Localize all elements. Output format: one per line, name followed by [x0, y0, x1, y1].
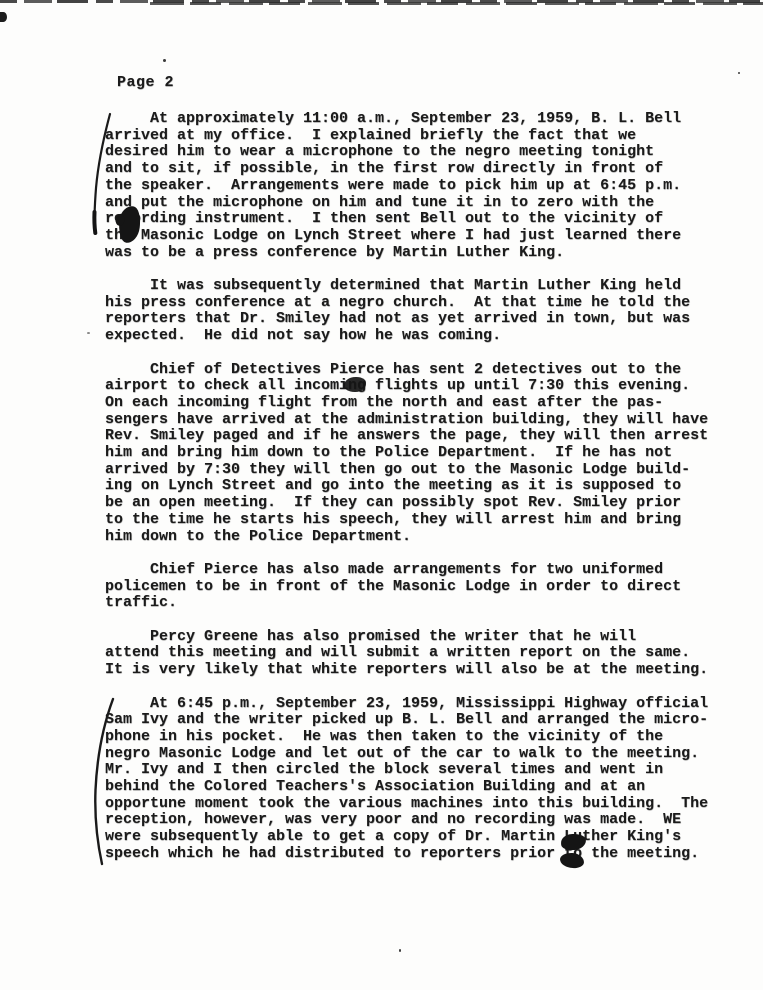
- scan-speck: [87, 332, 90, 334]
- ink-blot: [344, 377, 366, 392]
- scan-speck: [738, 72, 740, 74]
- scan-edge-artifact: [150, 2, 763, 5]
- document-body: At approximately 11:00 a.m., September 2…: [105, 111, 745, 879]
- scan-speck: [399, 949, 401, 952]
- page-number: Page 2: [117, 74, 174, 91]
- paragraph-airport-detectives: Chief of Detectives Pierce has sent 2 de…: [105, 362, 745, 546]
- paragraph-bell-microphone: At approximately 11:00 a.m., September 2…: [105, 111, 745, 261]
- scan-speck: [163, 59, 166, 62]
- document-page: Page 2 At approximately 11:00 a.m., Sept…: [0, 0, 763, 990]
- paragraph-percy-greene: Percy Greene has also promised the write…: [105, 629, 745, 679]
- margin-pen-stroke-top-thick-end: [94, 212, 95, 233]
- paragraph-traffic-policemen: Chief Pierce has also made arrangements …: [105, 562, 745, 612]
- paragraph-press-conference: It was subsequently determined that Mart…: [105, 278, 745, 345]
- paragraph-evening-recording: At 6:45 p.m., September 23, 1959, Missis…: [105, 696, 745, 863]
- scan-corner-artifact: [0, 12, 7, 22]
